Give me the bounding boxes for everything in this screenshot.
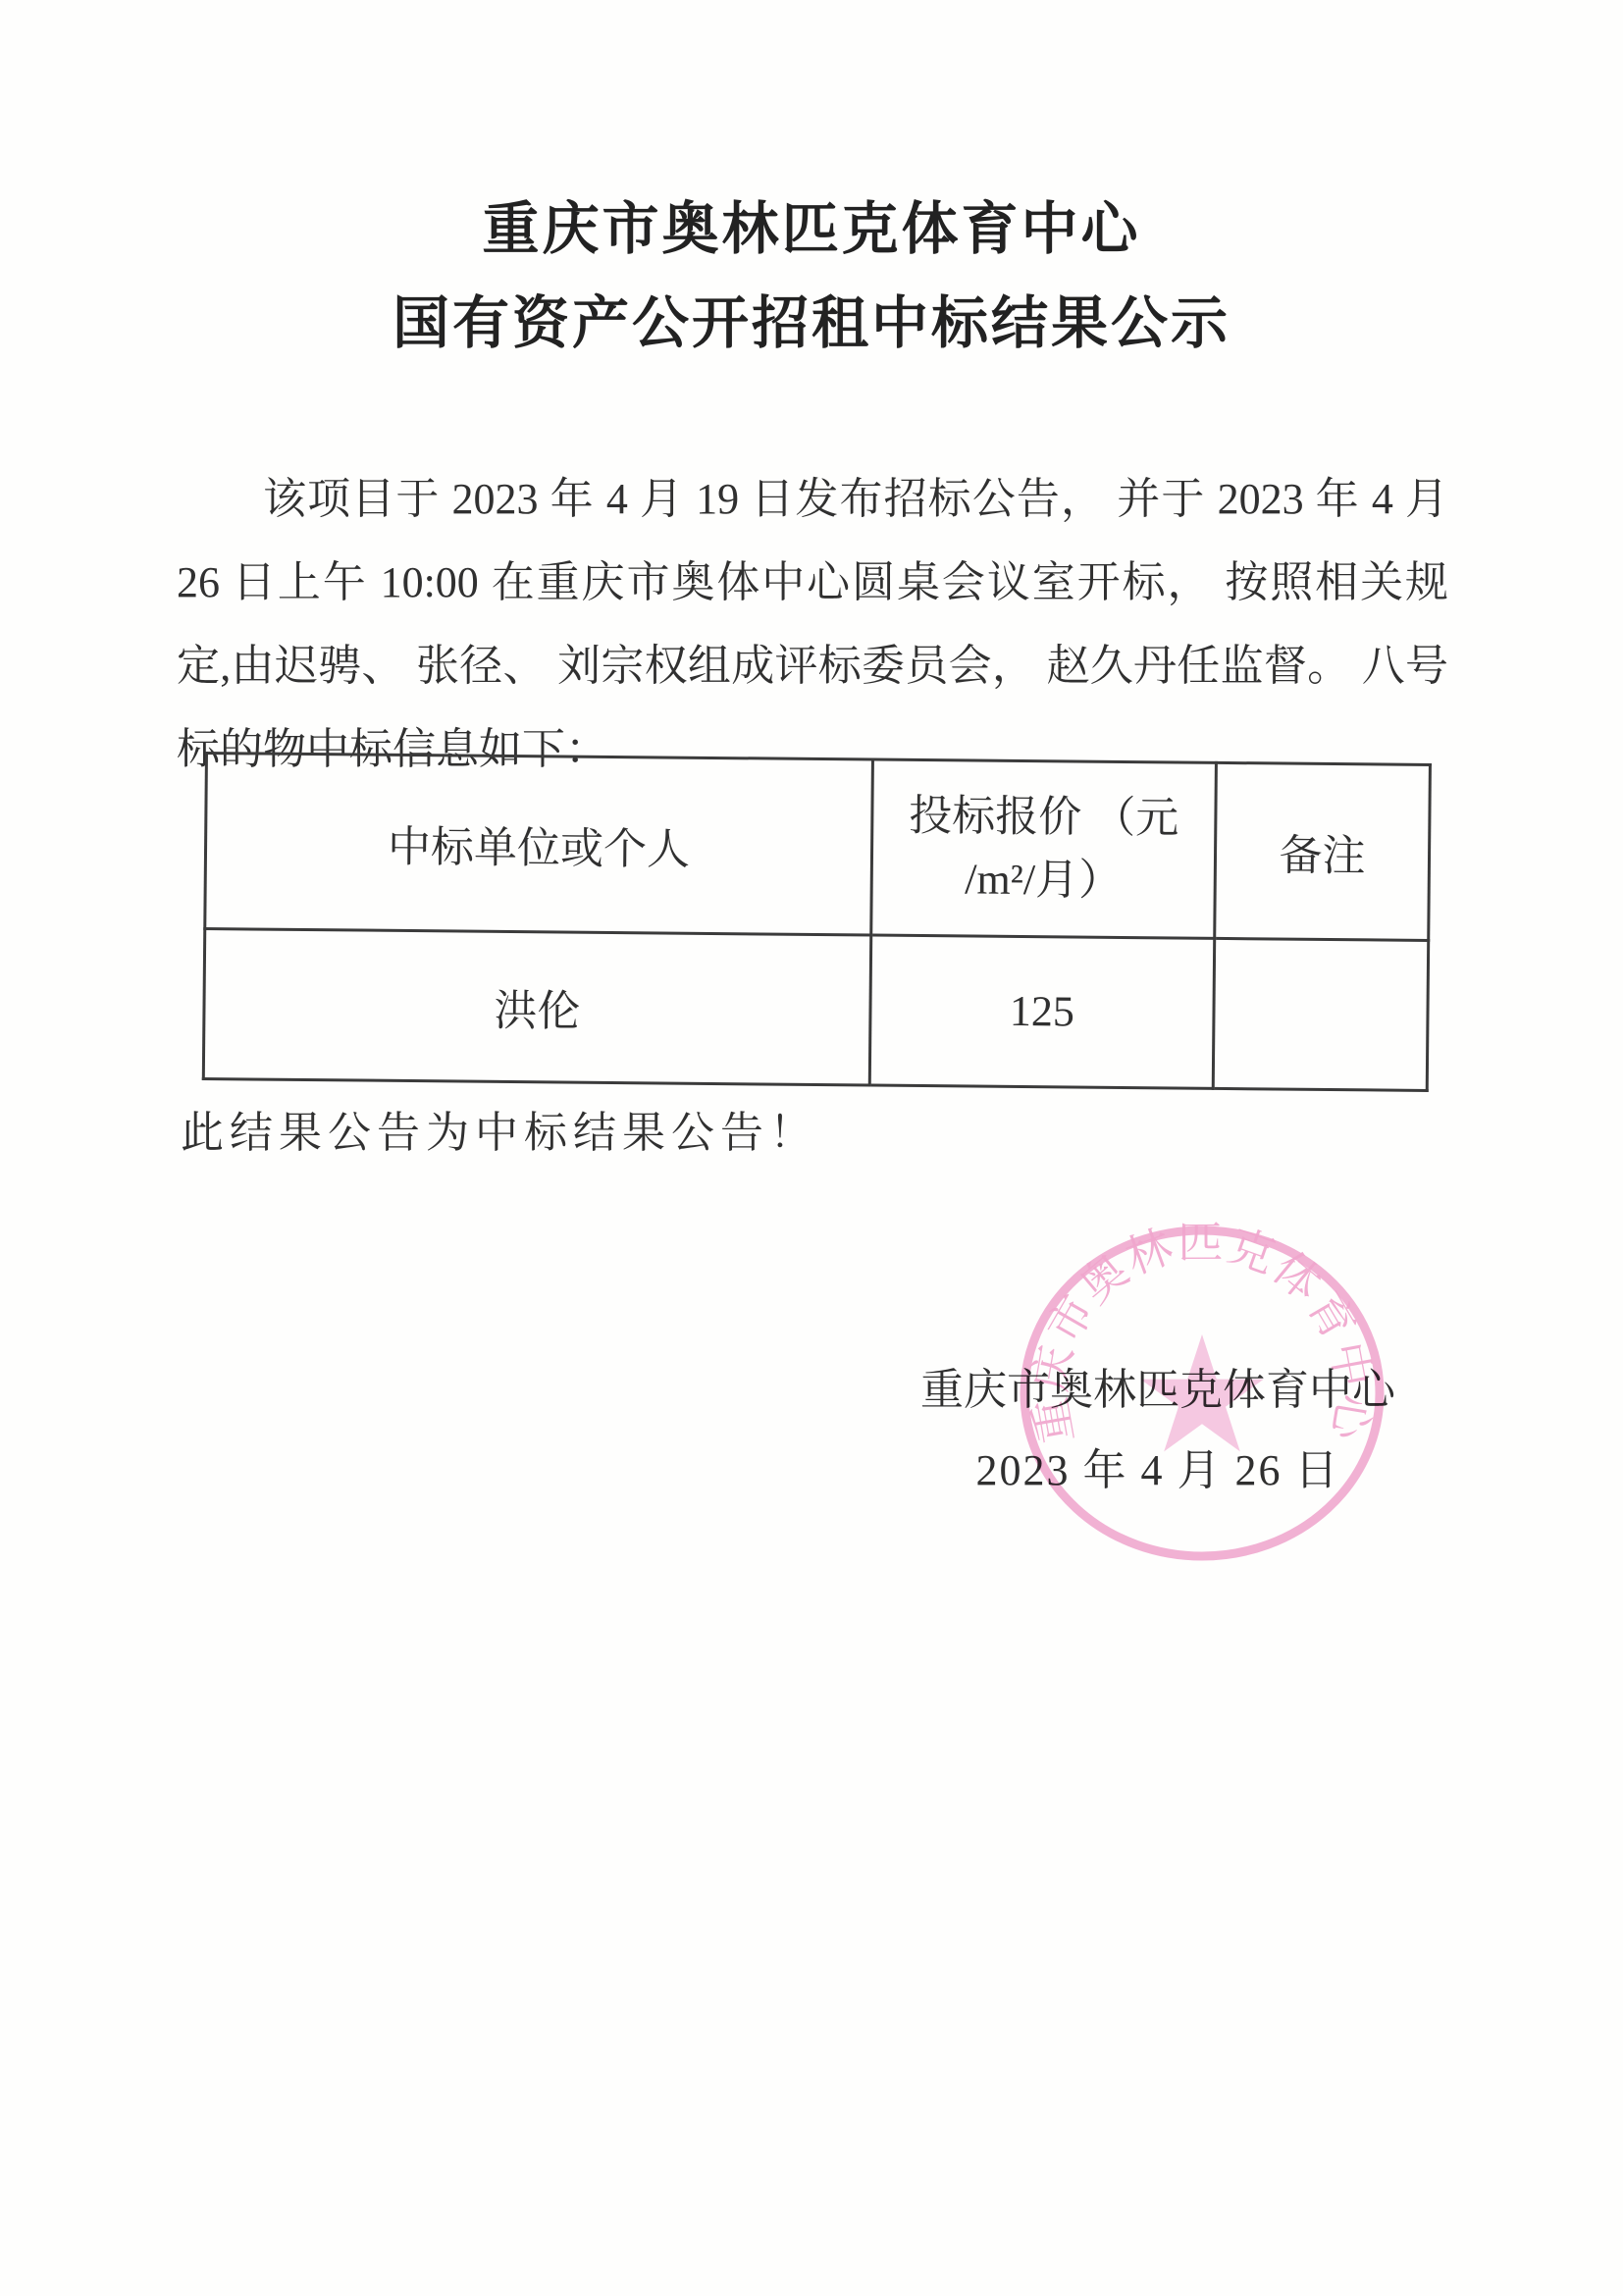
bid-result-table: 中标单位或个人 投标报价 （元 /m²/月） 备注 洪伦 125 bbox=[202, 752, 1432, 1092]
cell-winner-name: 洪伦 bbox=[203, 929, 870, 1086]
title-line-2: 国有资产公开招租中标结果公示 bbox=[0, 277, 1623, 371]
table-header-row: 中标单位或个人 投标报价 （元 /m²/月） 备注 bbox=[205, 754, 1431, 941]
signature-block: 重庆市奥林匹克体育中心 2023 年 4 月 26 日 bbox=[864, 1350, 1452, 1511]
signature-org: 重庆市奥林匹克体育中心 bbox=[864, 1350, 1452, 1431]
title-line-1: 重庆市奥林匹克体育中心 bbox=[0, 183, 1623, 277]
signature-date: 2023 年 4 月 26 日 bbox=[864, 1431, 1452, 1511]
cell-remarks bbox=[1213, 938, 1429, 1090]
closing-statement: 此结果公告为中标结果公告！ bbox=[181, 1097, 818, 1160]
header-bid-price: 投标报价 （元 /m²/月） bbox=[871, 759, 1217, 938]
paragraph-line: 该项目于 2023 年 4 月 19 日发布招标公告， 并于 2023 年 4 … bbox=[177, 457, 1448, 541]
header-winner: 中标单位或个人 bbox=[205, 754, 873, 936]
cell-bid-price: 125 bbox=[869, 935, 1215, 1088]
body-paragraph: 该项目于 2023 年 4 月 19 日发布招标公告， 并于 2023 年 4 … bbox=[177, 457, 1448, 791]
header-remarks: 备注 bbox=[1215, 762, 1431, 940]
table-row: 洪伦 125 bbox=[203, 929, 1428, 1091]
document-title: 重庆市奥林匹克体育中心 国有资产公开招租中标结果公示 bbox=[0, 183, 1623, 371]
paragraph-line: 26 日上午 10:00 在重庆市奥体中心圆桌会议室开标， 按照相关规 bbox=[177, 541, 1448, 624]
document-page: 重庆市奥林匹克体育中心 国有资产公开招租中标结果公示 该项目于 2023 年 4… bbox=[0, 0, 1623, 2296]
paragraph-line: 定,由迟骋、 张径、 刘宗权组成评标委员会， 赵久丹任监督。 八号 bbox=[177, 624, 1448, 707]
